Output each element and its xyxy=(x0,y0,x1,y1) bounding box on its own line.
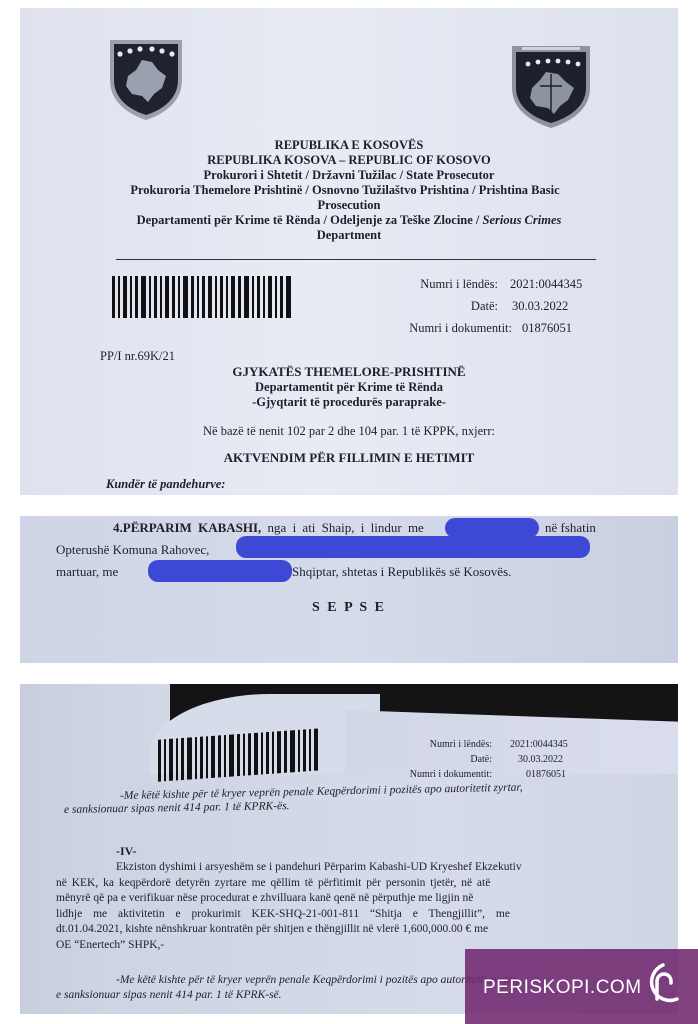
periskopi-logo-icon xyxy=(643,961,683,1009)
doc-number: 01876051 xyxy=(522,318,572,338)
header-department-2: Department xyxy=(20,228,678,243)
header-divider xyxy=(116,259,596,260)
sepse-title: S E P S E xyxy=(20,600,678,616)
header-republic-sq: REPUBLIKA E KOSOVËS xyxy=(20,138,678,153)
defendant-line-1-tail: në fshatin xyxy=(545,518,596,538)
case-number: 2021:0044345 xyxy=(510,274,582,294)
paragraph-2-line-3: mënyrë që pa e verifikuar nëse procedura… xyxy=(56,891,634,907)
paragraph-2: Ekziston dyshimi i arsyeshëm se i pandeh… xyxy=(56,860,634,953)
header-department-text: Departamenti për Krime të Rënda / Odelje… xyxy=(137,213,483,227)
kosovo-coat-of-arms-icon xyxy=(106,36,186,122)
header-department: Departamenti për Krime të Rënda / Odelje… xyxy=(20,213,678,228)
defendant-line-2: Opterushë Komuna Rahovec, xyxy=(56,540,209,560)
date-value-p3: 30.03.2022 xyxy=(518,753,563,767)
document-page-2: 4.PËRPARIM KABASHI, nga i ati Shaip, i l… xyxy=(20,516,678,663)
case-number-label: Numri i lëndës: xyxy=(420,274,498,294)
redaction-address xyxy=(236,536,590,558)
header-republic-multi: REPUBLIKA KOSOVA – REPUBLIC OF KOSOVO xyxy=(20,153,678,168)
paragraph-2-line-5: dt.01.04.2021, kishte nënshkruar kontrat… xyxy=(56,922,634,938)
doc-number-p3: 01876051 xyxy=(526,768,566,782)
date-label: Datë: xyxy=(471,296,498,316)
section-iv: -IV- xyxy=(116,844,136,859)
paragraph-3-line-1: -Me këtë kishte për të kryer veprën pena… xyxy=(116,974,519,986)
paragraph-3-line-2: e sanksionuar sipas nenit 414 par. 1 të … xyxy=(56,989,282,1001)
against-label: Kundër të pandehurve: xyxy=(106,477,225,492)
header-prosecution: Prosecution xyxy=(20,198,678,213)
defendant-name: 4.PËRPARIM KABASHI, xyxy=(113,520,261,535)
periskopi-watermark[interactable]: PERISKOPI.COM xyxy=(465,949,698,1024)
prosecutorial-council-emblem-icon xyxy=(508,42,594,130)
decision-title: AKTVENDIM PËR FILLIMIN E HETIMIT xyxy=(20,450,678,466)
defendant-line-3-start: martuar, me xyxy=(56,562,118,582)
date-label-p3: Datë: xyxy=(470,753,492,767)
court-department: Departamentit për Krime të Rënda xyxy=(20,380,678,395)
paragraph-2-line-1: Ekziston dyshimi i arsyeshëm se i pandeh… xyxy=(56,860,634,876)
document-page-1: REPUBLIKA E KOSOVËS REPUBLIKA KOSOVA – R… xyxy=(20,8,678,495)
court-name: GJYKATËS THEMELORE-PRISHTINË xyxy=(20,364,678,380)
redaction-details xyxy=(148,560,292,582)
case-number-label-p3: Numri i lëndës: xyxy=(430,738,492,752)
defendant-line-1: 4.PËRPARIM KABASHI, nga i ati Shaip, i l… xyxy=(113,518,424,538)
paragraph-2-line-2: në KEK, ka keqpërdorë detyrën zyrtare me… xyxy=(56,876,634,892)
document-meta: Numri i lëndës: 2021:0044345 Datë: 30.03… xyxy=(350,274,670,344)
court-judge: -Gjyqtarit të procedurës paraprake- xyxy=(20,395,678,410)
reference-number: PP/I nr.69K/21 xyxy=(100,346,175,366)
defendant-line-3-rest: Shqiptar, shtetas i Republikës së Kosovë… xyxy=(292,562,511,582)
date-value: 30.03.2022 xyxy=(512,296,568,316)
watermark-text: PERISKOPI.COM xyxy=(483,977,642,999)
header-state-prosecutor: Prokurori i Shtetit / Državni Tužilac / … xyxy=(20,168,678,183)
legal-basis: Në bazë të nenit 102 par 2 dhe 104 par. … xyxy=(20,424,678,439)
header-basic-prosecution: Prokuroria Themelore Prishtinë / Osnovno… xyxy=(20,183,674,198)
case-number-p3: 2021:0044345 xyxy=(510,738,568,752)
doc-number-label-p3: Numri i dokumentit: xyxy=(410,768,492,782)
paragraph-2-line-4: lidhje me aktivitetin e prokurimit KEK-S… xyxy=(56,907,634,923)
doc-number-label: Numri i dokumentit: xyxy=(409,318,512,338)
redaction-birthdate xyxy=(445,518,539,538)
header-serious-crimes: Serious Crimes xyxy=(483,213,562,227)
defendant-line-1-text: nga i ati Shaip, i lindur me xyxy=(268,520,424,535)
barcode xyxy=(112,276,294,318)
